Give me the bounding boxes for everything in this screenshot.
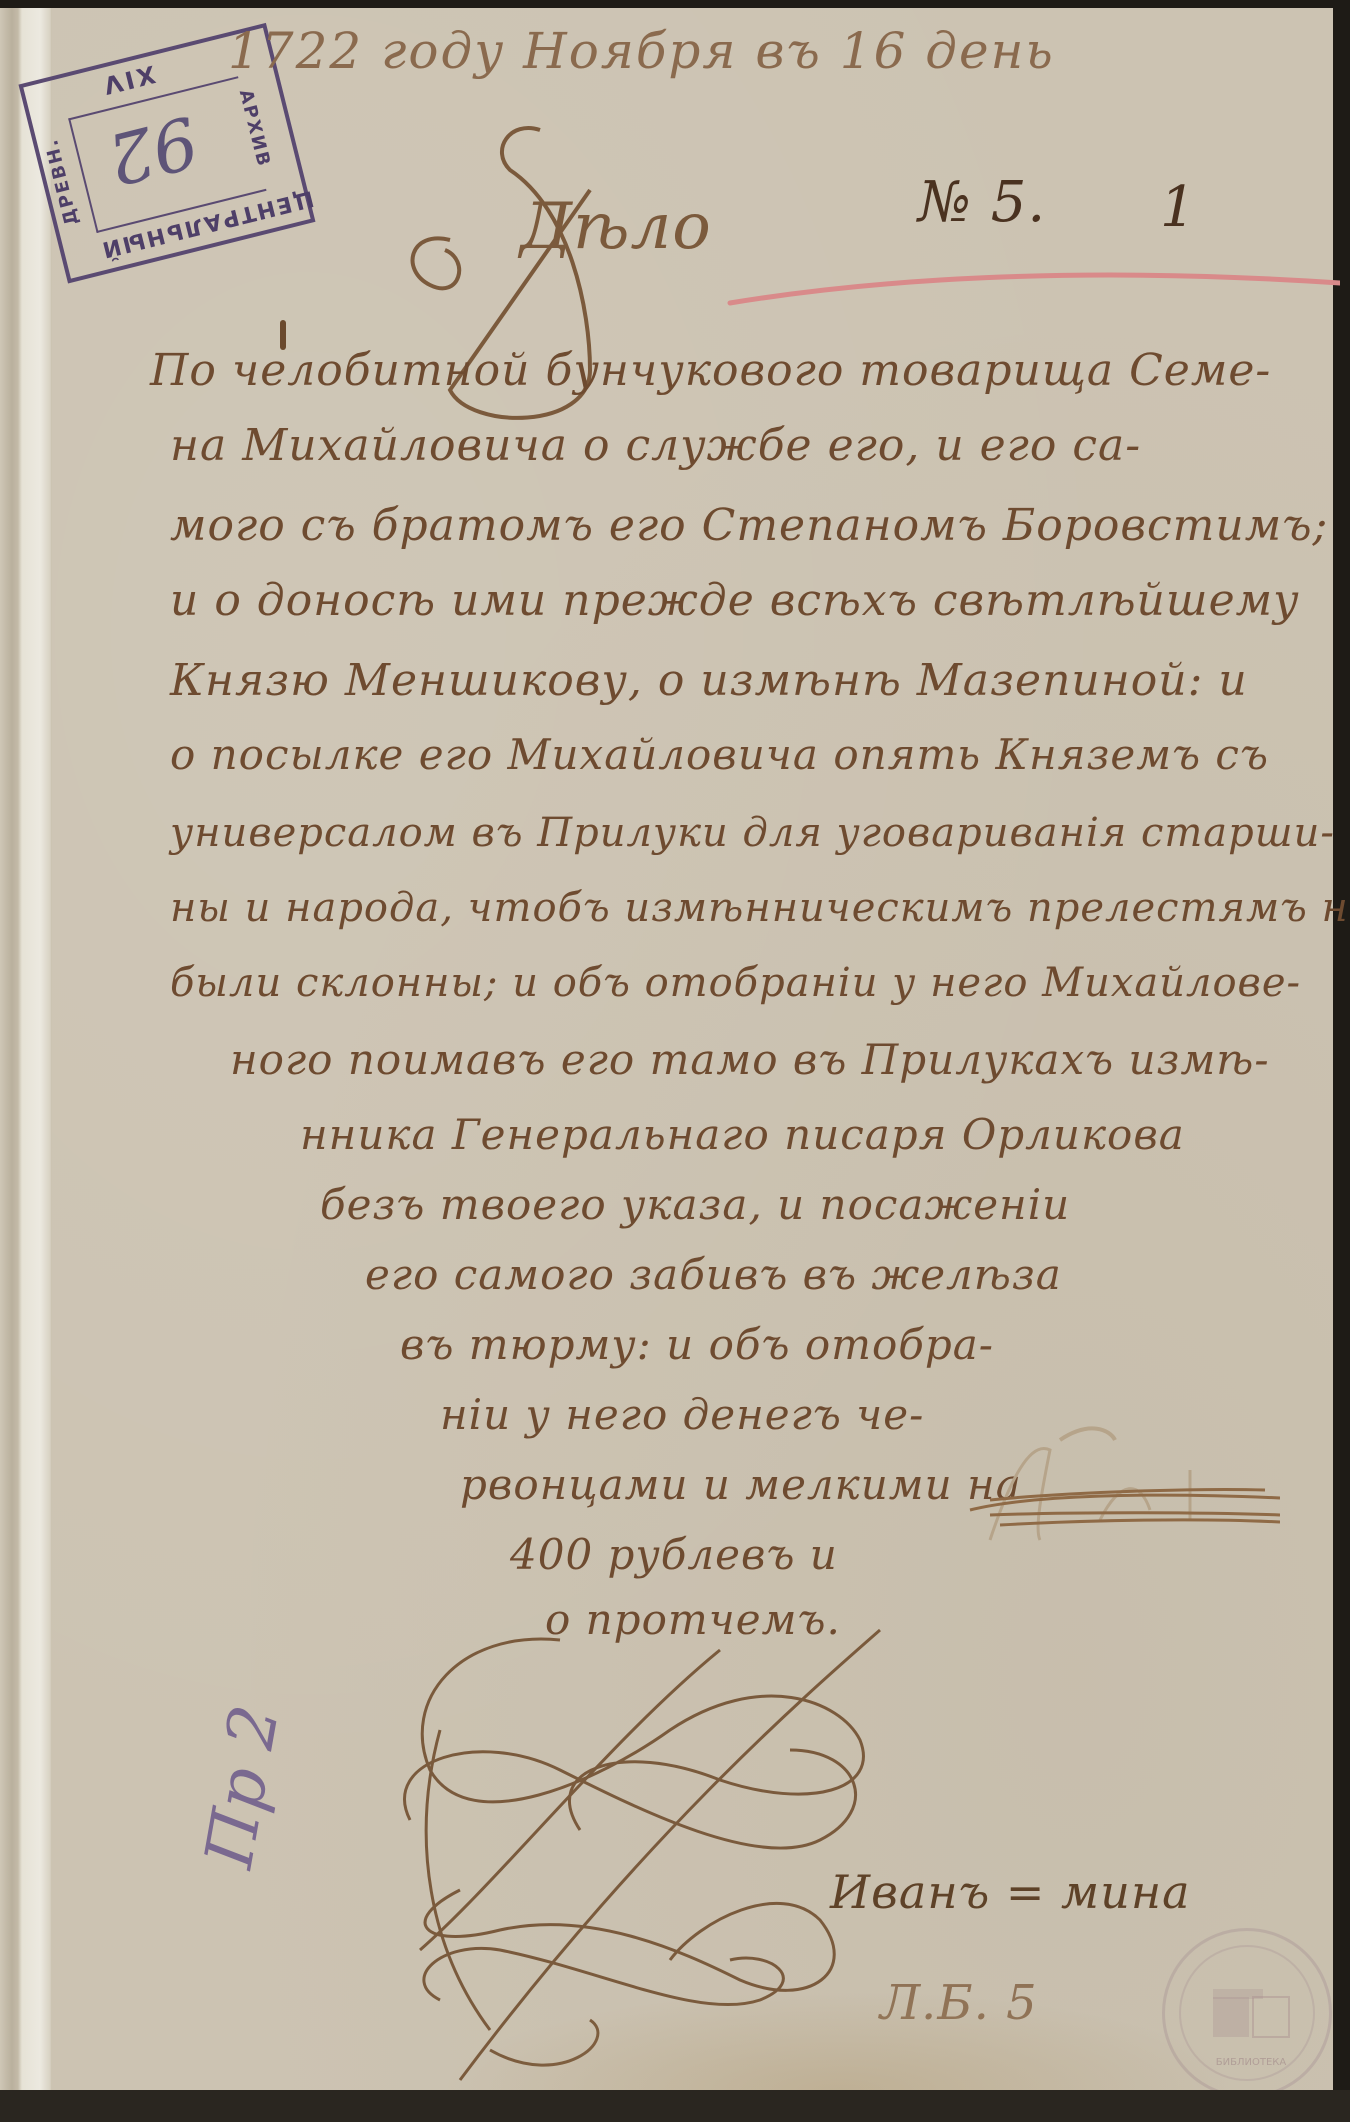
- case-number: № 5.: [918, 170, 1046, 235]
- body-line-8: ны и народа, чтобъ измѣнническимъ прелес…: [170, 885, 1350, 931]
- body-line-9: были склонны; и объ отобраніи у него Мих…: [170, 960, 1301, 1006]
- body-line-17: 400 рублевъ и: [510, 1530, 838, 1579]
- body-line-10: ного поимавъ его тамо въ Прилукахъ измѣ-: [230, 1035, 1270, 1084]
- body-line-16: рвонцами и мелкими на: [460, 1460, 1022, 1509]
- document-title: Дѣло: [520, 190, 712, 264]
- body-line-6: о посылке его Михайловича опять Княземъ …: [170, 730, 1269, 779]
- scan-frame-top: [0, 0, 1350, 8]
- body-line-13: его самого забивъ въ желѣза: [365, 1250, 1062, 1299]
- scan-frame-bottom: [0, 2090, 1350, 2122]
- red-pencil-underline: [720, 255, 1340, 315]
- signature-text: Иванъ = мина: [830, 1865, 1191, 1919]
- body-line-3: мого съ братомъ его Степаномъ Боровстимъ…: [170, 500, 1328, 551]
- body-line-4: и о доносѣ ими прежде всѣхъ свѣтлѣйшему: [170, 575, 1300, 626]
- body-line-7: универсалом въ Прилуки для уговариванія …: [170, 810, 1335, 856]
- water-stain: [440, 1990, 1240, 2090]
- body-line-15: ніи у него денегъ че-: [440, 1390, 924, 1439]
- page-binding-edge: [0, 8, 52, 2090]
- page-number: 1: [1160, 175, 1197, 240]
- body-line-1: По челобитной бунчукового товарища Семе-: [150, 345, 1271, 396]
- struck-out-mark-icon: [950, 1400, 1280, 1550]
- body-line-14: въ тюрму: и объ отобра-: [400, 1320, 994, 1369]
- scan-frame-right: [1333, 0, 1350, 2122]
- body-line-5: Князю Меншикову, о измѣнѣ Мазепиной: и: [170, 655, 1248, 706]
- body-line-12: безъ твоего указа, и посаженіи: [320, 1180, 1070, 1229]
- date-line: 1722 году Ноября въ 16 день: [228, 22, 1055, 80]
- body-line-11: нника Генеральнаго писаря Орликова: [300, 1110, 1185, 1159]
- body-line-2: на Михайловича о службе его, и его са-: [170, 420, 1141, 471]
